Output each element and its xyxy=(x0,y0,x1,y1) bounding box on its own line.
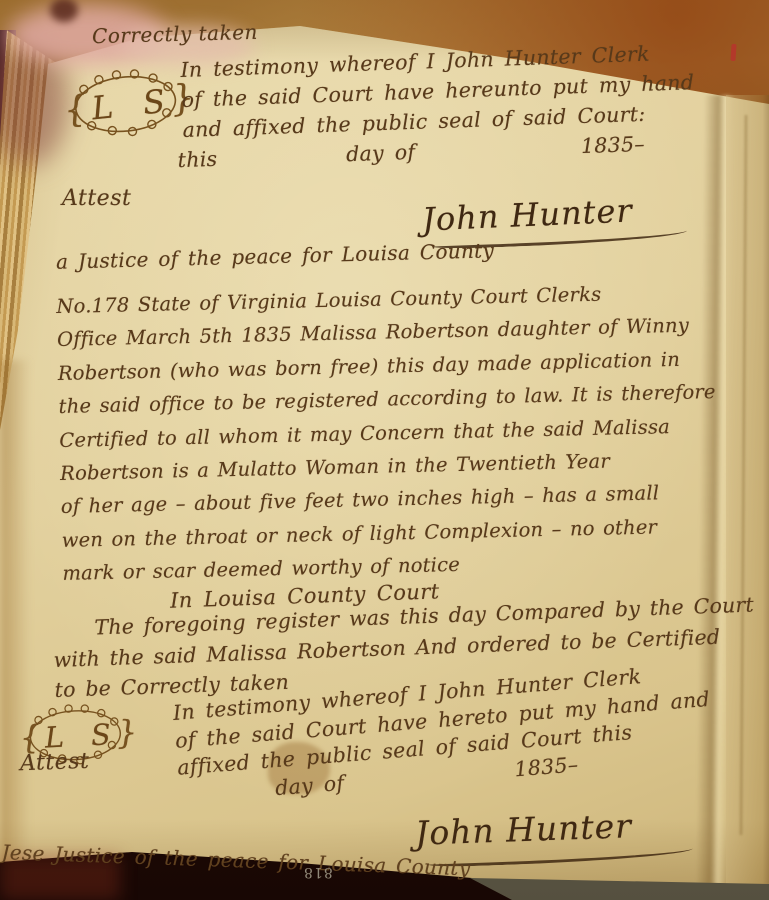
word-this: this xyxy=(177,144,218,175)
word-day-of: day of xyxy=(274,769,345,802)
handwritten-text-layer: Correctly taken { } L S In testimony whe… xyxy=(0,0,769,900)
note-correctly-taken: Correctly taken xyxy=(92,20,258,48)
register-book-photograph: Correctly taken { } L S In testimony whe… xyxy=(0,0,769,900)
attest-label: Attest xyxy=(62,186,131,211)
year-1835: 1835– xyxy=(513,751,579,783)
justice-of-peace-line: Jese Justice of the peace for Louisa Cou… xyxy=(1,840,471,880)
justice-of-peace-line: a Justice of the peace for Louisa County xyxy=(56,238,495,273)
seal-ls-text: L S xyxy=(89,81,177,128)
registration-entry: No.178 State of Virginia Louisa County C… xyxy=(56,275,720,590)
pencil-page-number: 818 xyxy=(303,864,333,880)
attest-label: Attest xyxy=(20,749,90,776)
john-hunter-signature: John Hunter xyxy=(414,806,632,853)
testimony-clause-1: In testimony whereof I John Hunter Clerk… xyxy=(180,37,697,175)
year-1835: 1835– xyxy=(580,129,645,161)
seal-ls-icon: { } L S xyxy=(59,50,194,163)
notary-seal: { } L S xyxy=(59,50,194,166)
word-day-of: day of xyxy=(346,137,416,169)
svg-text:{: { xyxy=(62,88,89,131)
